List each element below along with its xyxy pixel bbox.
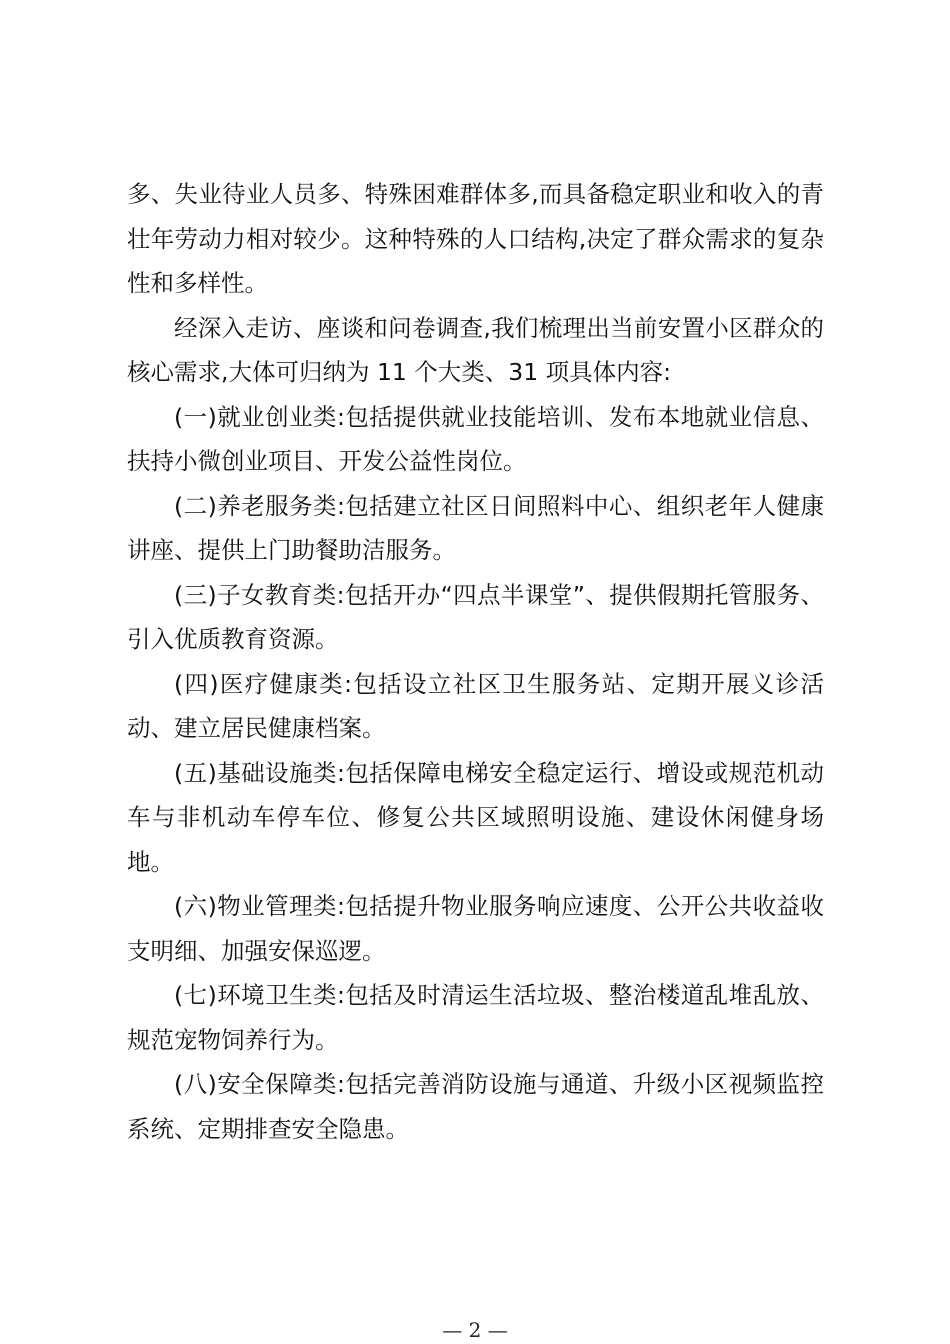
paragraph-employment: (一)就业创业类:包括提供就业技能培训、发布本地就业信息、扶持小微创业项目、开发…	[127, 395, 824, 484]
body-text: 多、失业待业人员多、特殊困难群体多,而具备稳定职业和收入的青壮年劳动力相对较少。…	[127, 172, 824, 1151]
document-page: 多、失业待业人员多、特殊困难群体多,而具备稳定职业和收入的青壮年劳动力相对较少。…	[0, 0, 950, 1344]
paragraph-safety: (八)安全保障类:包括完善消防设施与通道、升级小区视频监控系统、定期排查安全隐患…	[127, 1062, 824, 1151]
paragraph-sanitation: (七)环境卫生类:包括及时清运生活垃圾、整治楼道乱堆乱放、规范宠物饲养行为。	[127, 973, 824, 1062]
paragraph-education: (三)子女教育类:包括开办“四点半课堂”、提供假期托管服务、引入优质教育资源。	[127, 573, 824, 662]
paragraph-infrastructure: (五)基础设施类:包括保障电梯安全稳定运行、增设或规范机动车与非机动车停车位、修…	[127, 751, 824, 885]
paragraph-property-management: (六)物业管理类:包括提升物业服务响应速度、公开公共收益收支明细、加强安保巡逻。	[127, 884, 824, 973]
paragraph-healthcare: (四)医疗健康类:包括设立社区卫生服务站、定期开展义诊活动、建立居民健康档案。	[127, 662, 824, 751]
paragraph-survey-summary: 经深入走访、座谈和问卷调查,我们梳理出当前安置小区群众的核心需求,大体可归纳为 …	[127, 306, 824, 395]
paragraph-population-structure: 多、失业待业人员多、特殊困难群体多,而具备稳定职业和收入的青壮年劳动力相对较少。…	[127, 172, 824, 306]
page-number: — 2 —	[0, 1318, 950, 1342]
paragraph-elderly-care: (二)养老服务类:包括建立社区日间照料中心、组织老年人健康讲座、提供上门助餐助洁…	[127, 484, 824, 573]
